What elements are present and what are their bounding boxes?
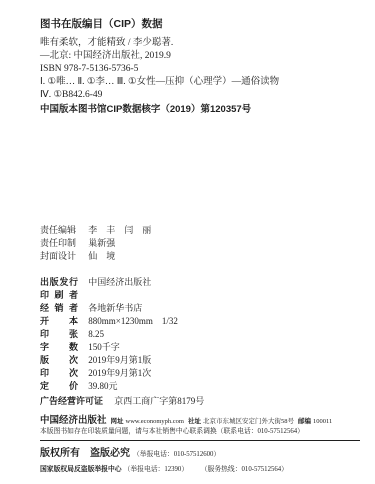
cip-record-number: 中国版本图书馆CIP数据核字（2019）第120357号 bbox=[40, 103, 360, 116]
staff-value: 巢新强 bbox=[88, 237, 115, 250]
pub-value: 2019年9月第1次 bbox=[88, 367, 151, 380]
website-value: www.economyph.com bbox=[126, 418, 184, 425]
cip-heading: 图书在版编目（CIP）数据 bbox=[40, 18, 360, 30]
cip-classification-line: Ⅰ. ①唯… Ⅱ. ①李… Ⅲ. ①女性—压抑（心理学）—通俗读物 bbox=[40, 76, 360, 89]
divider-rule bbox=[40, 440, 360, 441]
postcode-label: 邮编 bbox=[298, 418, 311, 425]
pub-value: 2019年9月第1版 bbox=[88, 354, 151, 367]
pub-value: 中国经济出版社 bbox=[88, 276, 151, 289]
copyright-notice: 版权所有 盗版必究 bbox=[40, 448, 130, 459]
anti-piracy-center-name: 国家版权局反盗版举报中心 bbox=[40, 466, 122, 473]
pub-row: 出版发行 中国经济出版社 bbox=[40, 276, 360, 289]
license-row: 广告经营许可证 京西工商广字第8179号 bbox=[40, 395, 360, 408]
pub-row: 印次 2019年9月第1次 bbox=[40, 367, 360, 380]
footer-section: 中国经济出版社网址www.economyph.com社址北京市东城区安定门外大街… bbox=[40, 413, 360, 475]
pub-label: 开本 bbox=[40, 315, 78, 328]
address-label: 社址 bbox=[188, 418, 201, 425]
publisher-name: 中国经济出版社 bbox=[40, 415, 107, 426]
pub-label: 版次 bbox=[40, 354, 78, 367]
staff-label: 责任印制 bbox=[40, 237, 78, 250]
anti-piracy-report-phone: （举报电话：12390） bbox=[124, 466, 189, 473]
license-label: 广告经营许可证 bbox=[40, 395, 103, 408]
cip-title-author-line: 唯有柔软，才能精致 / 李少聪著. bbox=[40, 37, 360, 50]
pub-value: 各地新华书店 bbox=[88, 302, 142, 315]
pub-row: 版次 2019年9月第1版 bbox=[40, 354, 360, 367]
pub-value: 150千字 bbox=[88, 341, 120, 354]
staff-section: 责任编辑 李 丰 闫 丽 责任印制 巢新强 封面设计 仙 境 bbox=[40, 224, 360, 263]
address-value: 北京市东城区安定门外大街58号 bbox=[203, 418, 294, 425]
cip-isbn-line: ISBN 978-7-5136-5736-5 bbox=[40, 63, 360, 76]
staff-label: 封面设计 bbox=[40, 250, 78, 263]
pub-row: 定价 39.80元 bbox=[40, 380, 360, 393]
pub-label: 印次 bbox=[40, 367, 78, 380]
copyright-line: 版权所有 盗版必究（举报电话：010-57512600） bbox=[40, 445, 360, 461]
pub-value: 39.80元 bbox=[88, 380, 117, 393]
pub-label: 印张 bbox=[40, 328, 78, 341]
pub-label: 印刷者 bbox=[40, 289, 78, 302]
quality-note: 本版图书如存在印装质量问题，请与本社销售中心联系调换（联系电话：010-5751… bbox=[40, 427, 360, 437]
cip-publisher-line: —北京: 中国经济出版社, 2019.9 bbox=[40, 50, 360, 63]
license-value: 京西工商广字第8179号 bbox=[114, 395, 204, 408]
pub-value: 880mm×1230mm 1/32 bbox=[88, 315, 178, 328]
publishing-section: 出版发行 中国经济出版社 印刷者 经销者 各地新华书店 开本 880mm×123… bbox=[40, 276, 360, 408]
anti-piracy-line: 国家版权局反盗版举报中心（举报电话：12390）（服务热线：010-575125… bbox=[40, 461, 360, 475]
pub-row: 印张 8.25 bbox=[40, 328, 360, 341]
staff-row: 责任印制 巢新强 bbox=[40, 237, 360, 250]
staff-row: 责任编辑 李 丰 闫 丽 bbox=[40, 224, 360, 237]
staff-row: 封面设计 仙 境 bbox=[40, 250, 360, 263]
book-colophon-page: 图书在版编目（CIP）数据 唯有柔软，才能精致 / 李少聪著. —北京: 中国经… bbox=[0, 0, 375, 484]
staff-value: 仙 境 bbox=[88, 250, 115, 263]
cip-class-code-line: Ⅳ. ①B842.6-49 bbox=[40, 89, 360, 102]
pub-row: 印刷者 bbox=[40, 289, 360, 302]
pub-row: 字数 150千字 bbox=[40, 341, 360, 354]
postcode-value: 100011 bbox=[313, 418, 332, 425]
pub-label: 经销者 bbox=[40, 302, 78, 315]
pub-value: 8.25 bbox=[88, 328, 104, 341]
pub-label: 定价 bbox=[40, 380, 78, 393]
service-hotline: （服务热线：010-57512564） bbox=[204, 466, 288, 473]
pub-label: 字数 bbox=[40, 341, 78, 354]
page-content: 图书在版编目（CIP）数据 唯有柔软，才能精致 / 李少聪著. —北京: 中国经… bbox=[0, 0, 375, 475]
staff-value: 李 丰 闫 丽 bbox=[88, 224, 151, 237]
staff-label: 责任编辑 bbox=[40, 224, 78, 237]
cip-section: 图书在版编目（CIP）数据 唯有柔软，才能精致 / 李少聪著. —北京: 中国经… bbox=[40, 18, 360, 116]
publisher-contact-line: 中国经济出版社网址www.economyph.com社址北京市东城区安定门外大街… bbox=[40, 413, 360, 427]
website-label: 网址 bbox=[111, 418, 124, 425]
copyright-report-phone: （举报电话：010-57512600） bbox=[133, 451, 220, 458]
pub-row: 经销者 各地新华书店 bbox=[40, 302, 360, 315]
pub-row: 开本 880mm×1230mm 1/32 bbox=[40, 315, 360, 328]
pub-label: 出版发行 bbox=[40, 276, 78, 289]
